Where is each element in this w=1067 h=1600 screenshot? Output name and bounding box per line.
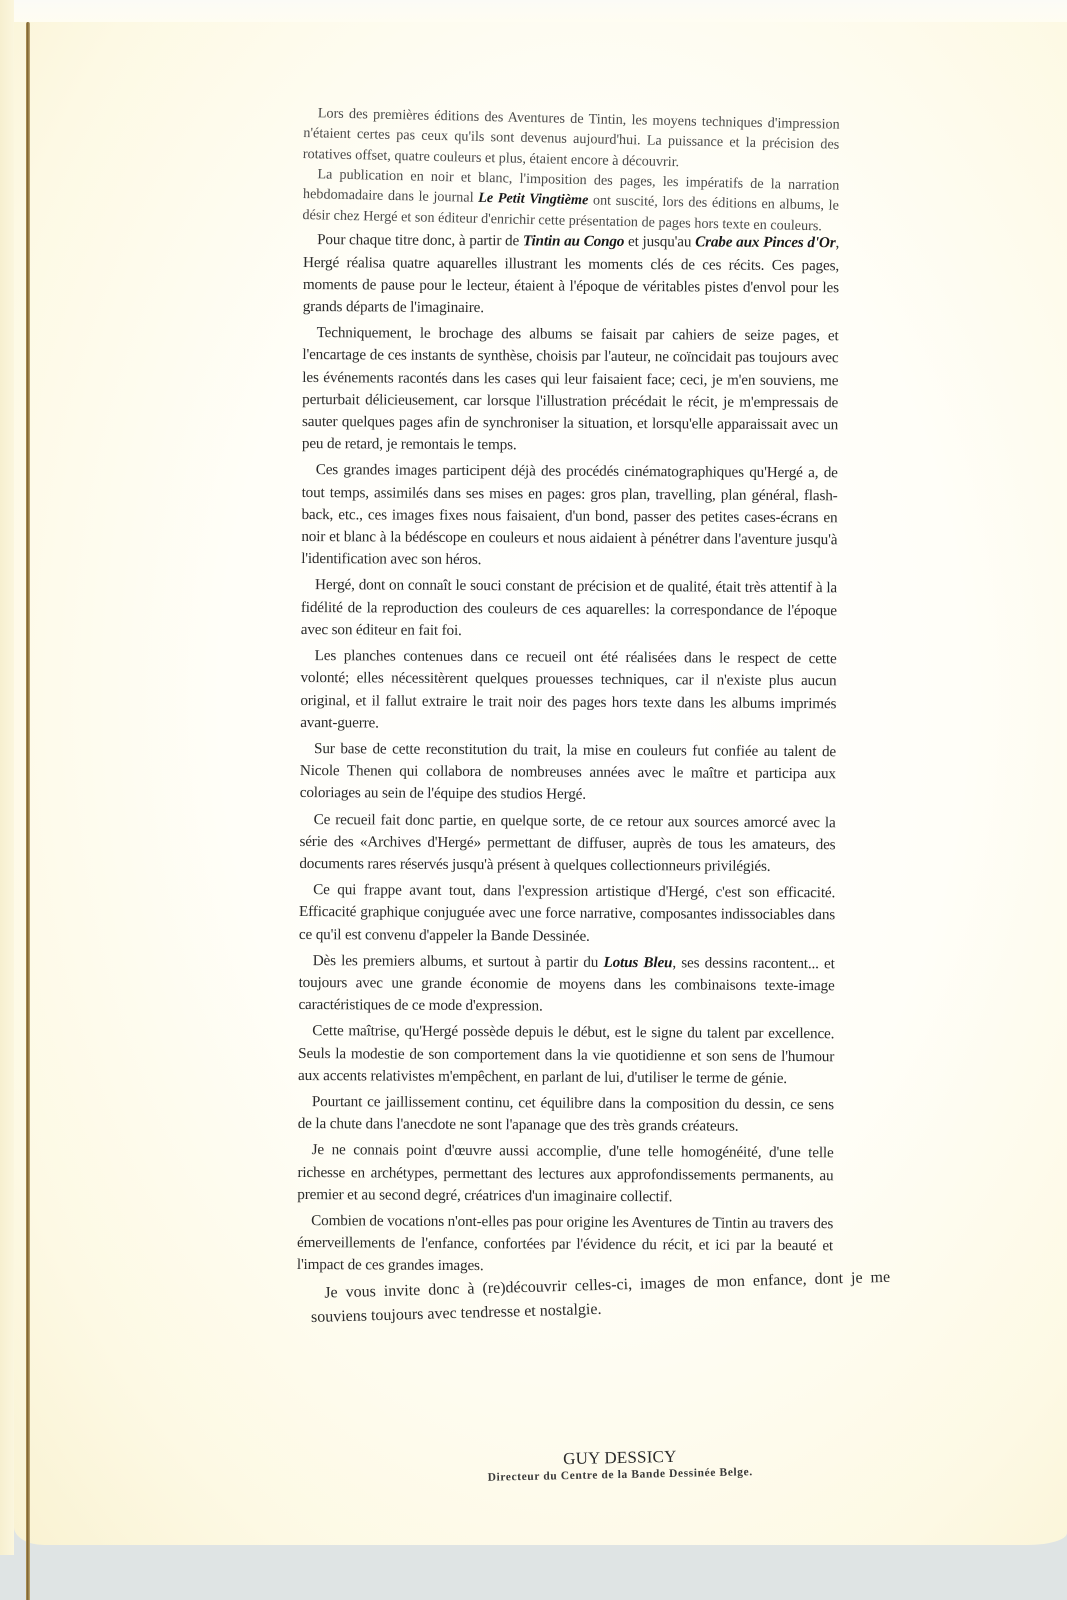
paragraph-efficacite: Ce qui frappe avant tout, dans l'express… [299,879,835,949]
title-petit-vingtieme: Le Petit Vingtième [478,190,588,208]
paragraph-lotus-bleu: Dès les premiers albums, et surtout à pa… [298,950,834,1020]
book-spine [26,22,30,1600]
paragraph-fidelite: Hergé, dont on connaît le souci constant… [301,574,837,644]
paragraph-jaillissement: Pourtant ce jaillissement continu, cet é… [298,1091,834,1139]
preface-text: Lors des premières éditions des Aventure… [297,103,840,1284]
paragraph-oeuvre: Je ne connais point d'œuvre aussi accomp… [297,1139,833,1209]
title-tintin-au-congo: Tintin au Congo [523,233,624,251]
paragraph-planches: Les planches contenues dans ce recueil o… [300,645,837,737]
paragraph-cinema: Ces grandes images participent déjà des … [301,459,838,573]
page-top-edge [14,0,1067,22]
paragraph-maitrise: Cette maîtrise, qu'Hergé possède depuis … [298,1020,834,1090]
title-lotus-bleu: Lotus Bleu [603,954,672,971]
title-crabe-aux-pinces-dor: Crabe aux Pinces d'Or [695,234,835,252]
paragraph-brochage: Techniquement, le brochage des albums se… [302,322,839,458]
paragraph-recueil: Ce recueil fait donc partie, en quelque … [299,809,835,879]
paragraph-aquarelles: Pour chaque titre donc, à partir de Tint… [303,229,840,321]
paragraph-mise-en-couleurs: Sur base de cette reconstitution du trai… [300,738,836,808]
signature-block: GUY DESSICY Directeur du Centre de la Ba… [450,1444,791,1485]
facing-page-edge [0,0,14,1555]
paragraph-publication: La publication en noir et blanc, l'impos… [302,164,839,237]
